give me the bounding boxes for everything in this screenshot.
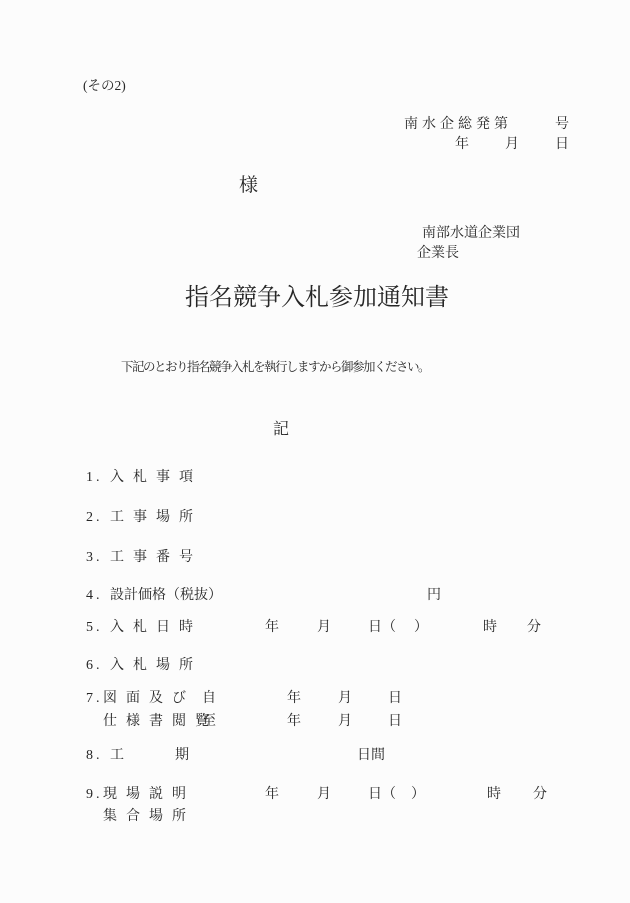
- item-5-year: 年: [265, 620, 279, 636]
- item-5-month: 月: [317, 620, 331, 636]
- document-title: 指名競争入札参加通知書: [185, 285, 630, 313]
- item-5-label: 入札日時: [110, 620, 202, 636]
- item-5-day: 日: [368, 620, 382, 636]
- item-6-label: 入札場所: [110, 658, 202, 674]
- item-7-to-day: 日: [388, 714, 402, 730]
- item-5-number: 5.: [86, 620, 103, 636]
- sender-org: 南部水道企業団: [422, 226, 630, 242]
- item-7-to: 至: [202, 714, 216, 730]
- item-7-label2: 仕様書閲覧: [103, 714, 218, 730]
- doc-number-suffix: 号: [555, 117, 569, 133]
- item-7-to-month: 月: [338, 714, 352, 730]
- item-9-paren-open: （: [382, 787, 396, 803]
- item-5-minute: 分: [527, 620, 541, 636]
- item-3-number: 3.: [86, 550, 103, 566]
- item-5-hour: 時: [483, 620, 497, 636]
- item-7-from-month: 月: [338, 691, 352, 707]
- item-4-unit: 円: [427, 588, 441, 604]
- item-7-from-year: 年: [287, 691, 301, 707]
- sender-title: 企業長: [417, 246, 630, 262]
- date-month: 月: [505, 137, 519, 153]
- item-9-hour: 時: [487, 787, 501, 803]
- item-8-unit: 日間: [357, 748, 385, 764]
- record-heading: 記: [273, 421, 630, 439]
- item-1-label: 入札事項: [110, 470, 202, 486]
- item-7-from-day: 日: [388, 691, 402, 707]
- item-1-number: 1.: [86, 470, 103, 486]
- item-9-day: 日: [368, 787, 382, 803]
- item-7-to-year: 年: [287, 714, 301, 730]
- corner-note: (その2): [83, 78, 630, 94]
- item-9-minute: 分: [533, 787, 547, 803]
- item-8-number: 8.: [86, 748, 103, 764]
- item-9-label: 現場説明: [103, 787, 195, 803]
- item-9-label2: 集合場所: [103, 809, 195, 825]
- item-9-paren-close: ）: [411, 787, 425, 803]
- item-6-number: 6.: [86, 658, 103, 674]
- addressee-honorific: 様: [239, 175, 630, 197]
- date-day: 日: [555, 137, 569, 153]
- item-5-paren-open: （: [382, 620, 396, 636]
- document-page: (その2) 南水企総発第 号 年 月 日 様 南部水道企業団 企業長 指名競争入…: [0, 0, 630, 903]
- item-9-number: 9.: [86, 787, 103, 803]
- item-4-label: 設計価格（税抜）: [110, 588, 222, 604]
- item-2-number: 2.: [86, 510, 103, 526]
- item-7-label: 図面及び: [103, 691, 195, 707]
- item-7-number: 7.: [86, 691, 103, 707]
- doc-number-prefix: 南水企総発第: [404, 117, 512, 133]
- item-2-label: 工事場所: [110, 510, 202, 526]
- item-8-label-first: 工: [110, 748, 124, 764]
- item-5-paren-close: ）: [414, 620, 428, 636]
- item-7-from: 自: [202, 691, 216, 707]
- item-8-label-last: 期: [175, 748, 189, 764]
- date-year: 年: [455, 137, 469, 153]
- item-3-label: 工事番号: [110, 550, 202, 566]
- body-text: 下記のとおり指名競争入札を執行しますから御参加ください。: [121, 360, 630, 374]
- item-4-number: 4.: [86, 588, 103, 604]
- item-9-month: 月: [317, 787, 331, 803]
- item-9-year: 年: [265, 787, 279, 803]
